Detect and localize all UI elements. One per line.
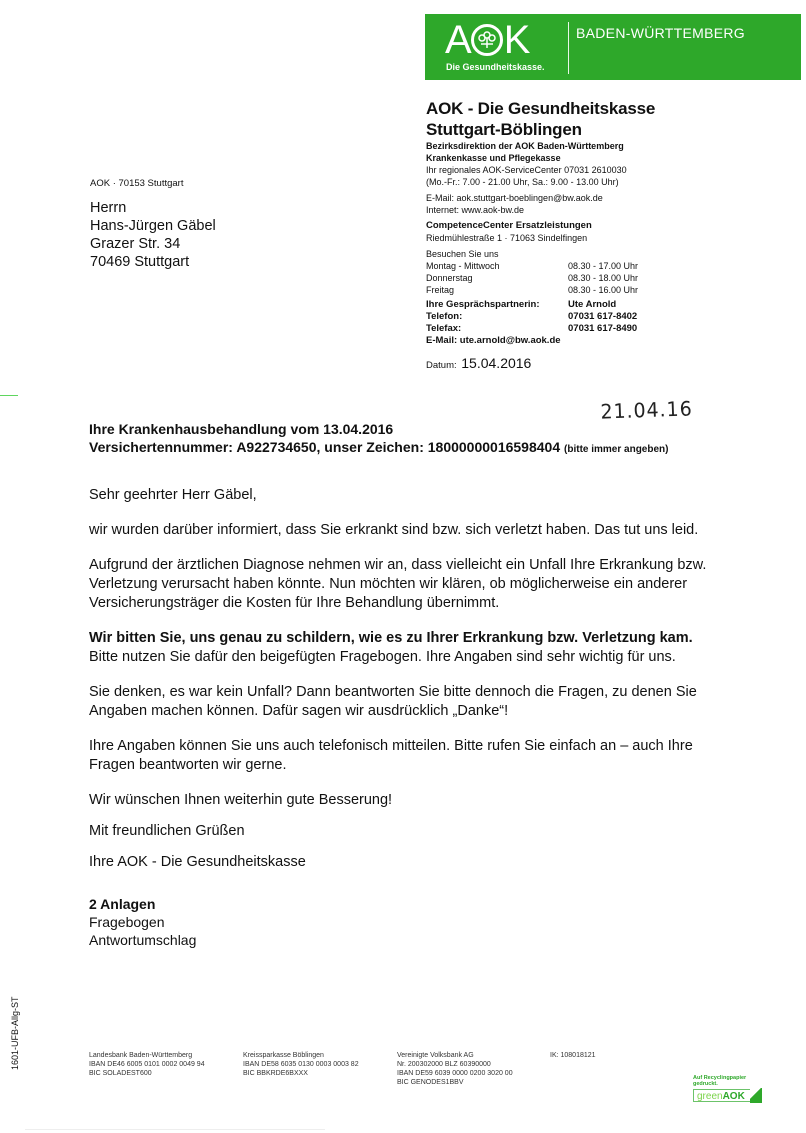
tree-emblem-icon xyxy=(471,24,503,56)
attachments: 2 Anlagen Fragebogen Antwortumschlag xyxy=(89,895,196,949)
sender-org: AOK - Die Gesundheitskasse xyxy=(426,98,726,119)
recipient-city: 70469 Stuttgart xyxy=(90,253,216,271)
recycling-badge: Auf Recyclingpapier gedruckt. greenAOK xyxy=(693,1075,765,1102)
greeting: Sehr geehrter Herr Gäbel, xyxy=(89,486,739,505)
paragraph: Ihre Angaben können Sie uns auch telefon… xyxy=(89,737,739,775)
letter-date: Datum: 15.04.2016 xyxy=(426,355,726,371)
green-aok-logo: greenAOK xyxy=(693,1089,755,1102)
subject: Ihre Krankenhausbehandlung vom 13.04.201… xyxy=(89,420,668,459)
sender-office: Stuttgart-Böblingen xyxy=(426,119,726,140)
ik-number: IK: 108018121 xyxy=(550,1051,596,1060)
paragraph: Wir bitten Sie, uns genau zu schildern, … xyxy=(89,629,739,667)
sender-email[interactable]: E-Mail: aok.stuttgart-boeblingen@bw.aok.… xyxy=(426,192,726,204)
hours-row: Freitag08.30 - 16.00 Uhr xyxy=(426,284,726,296)
hours-row: Donnerstag08.30 - 18.00 Uhr xyxy=(426,272,726,284)
recipient-salutation: Herrn xyxy=(90,199,216,217)
region-label: BADEN-WÜRTTEMBERG xyxy=(576,25,745,41)
contact-person: Ihre Gesprächspartnerin:Ute Arnold xyxy=(426,299,726,311)
service-center: Ihr regionales AOK-ServiceCenter 07031 2… xyxy=(426,164,726,176)
sender-type: Krankenkasse und Pflegekasse xyxy=(426,152,726,164)
bank-info: Vereinigte Volksbank AG Nr. 200302000 BL… xyxy=(397,1051,513,1087)
banner-divider xyxy=(568,22,569,74)
letter-date-value: 15.04.2016 xyxy=(461,355,531,371)
recipient-address: Herrn Hans-Jürgen Gäbel Grazer Str. 34 7… xyxy=(90,199,216,271)
sender-directorate: Bezirksdirektion der AOK Baden-Württembe… xyxy=(426,140,726,152)
aok-logo: AK Die Gesundheitskasse. xyxy=(425,14,560,80)
sender-website[interactable]: Internet: www.aok-bw.de xyxy=(426,204,726,216)
recipient-street: Grazer Str. 34 xyxy=(90,235,216,253)
closing: Mit freundlichen Grüßen xyxy=(89,822,739,841)
attachments-heading: 2 Anlagen xyxy=(89,895,196,913)
bank-info: Landesbank Baden-Württemberg IBAN DE46 6… xyxy=(89,1051,205,1078)
leaf-curl-icon xyxy=(750,1088,762,1103)
paragraph: Wir wünschen Ihnen weiterhin gute Besser… xyxy=(89,791,739,810)
contact-fax: Telefax:07031 617-8490 xyxy=(426,323,726,335)
recipient-name: Hans-Jürgen Gäbel xyxy=(90,217,216,235)
hours-row: Montag - Mittwoch08.30 - 17.00 Uhr xyxy=(426,260,726,272)
recycling-note: Auf Recyclingpapier gedruckt. xyxy=(693,1075,765,1087)
attachment-item: Fragebogen xyxy=(89,913,196,931)
request-emphasis: Wir bitten Sie, uns genau zu schildern, … xyxy=(89,630,693,646)
aok-logo-wordmark: AK xyxy=(445,18,528,62)
signature: Ihre AOK - Die Gesundheitskasse xyxy=(89,853,739,872)
subject-line: Ihre Krankenhausbehandlung vom 13.04.201… xyxy=(89,420,668,438)
contact-phone: Telefon:07031 617-8402 xyxy=(426,311,726,323)
reference-line: Versichertennummer: A922734650, unser Ze… xyxy=(89,438,668,459)
fold-mark xyxy=(0,395,18,396)
service-hours: (Mo.-Fr.: 7.00 - 21.00 Uhr, Sa.: 9.00 - … xyxy=(426,176,726,188)
competence-center: CompetenceCenter Ersatzleistungen xyxy=(426,220,726,232)
aok-header-banner: AK Die Gesundheitskasse. BADEN-WÜRTTEMBE… xyxy=(425,14,801,80)
page-edge xyxy=(25,1129,325,1130)
sender-info: AOK - Die Gesundheitskasse Stuttgart-Böb… xyxy=(426,98,726,371)
attachment-item: Antwortumschlag xyxy=(89,931,196,949)
visit-label: Besuchen Sie uns xyxy=(426,248,726,260)
paragraph: Sie denken, es war kein Unfall? Dann bea… xyxy=(89,683,739,721)
paragraph: Aufgrund der ärztlichen Diagnose nehmen … xyxy=(89,556,739,613)
reference-note: (bitte immer angeben) xyxy=(564,444,668,455)
bank-info: Kreissparkasse Böblingen IBAN DE58 6035 … xyxy=(243,1051,359,1078)
competence-center-address: Riedmühlestraße 1 · 71063 Sindelfingen xyxy=(426,232,726,244)
return-address: AOK · 70153 Stuttgart xyxy=(90,178,183,189)
aok-tagline: Die Gesundheitskasse. xyxy=(446,62,545,72)
contact-email[interactable]: E-Mail: ute.arnold@bw.aok.de xyxy=(426,335,726,347)
form-code: 1601-UFB-Allg-ST xyxy=(10,996,20,1070)
letter-body: Sehr geehrter Herr Gäbel, wir wurden dar… xyxy=(89,486,739,888)
paragraph: wir wurden darüber informiert, dass Sie … xyxy=(89,521,739,540)
